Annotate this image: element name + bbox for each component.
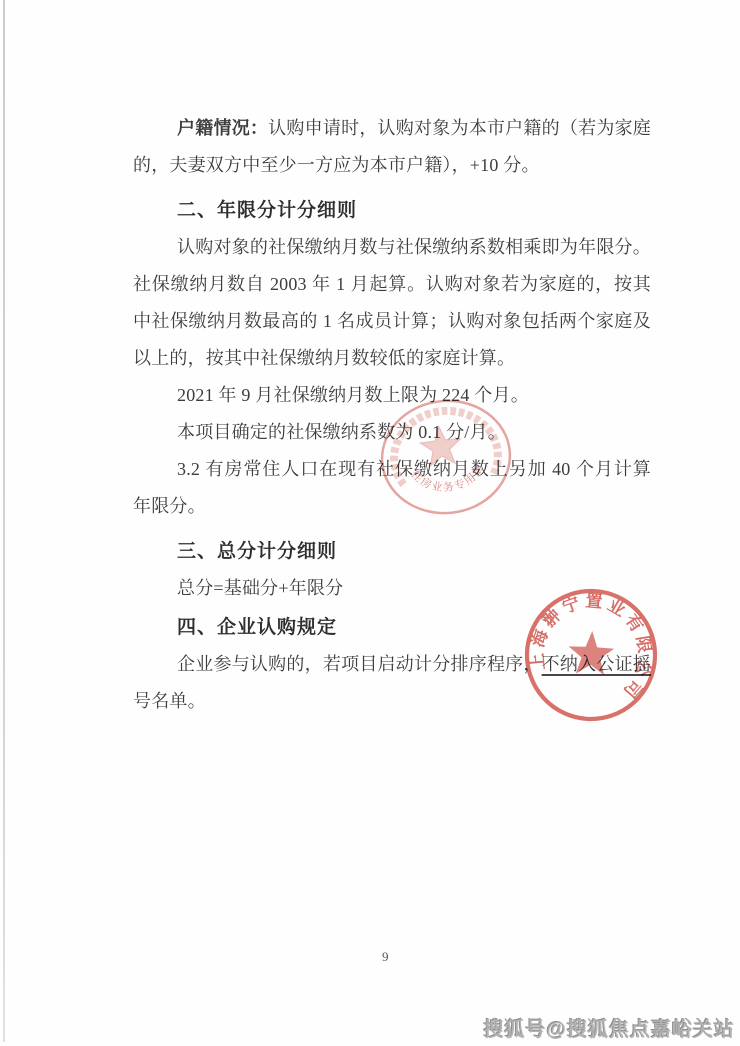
section4-rule-post: 号名单。 [133, 691, 206, 711]
section2-rule-text: 认购对象的社保缴纳月数与社保缴纳系数相乘即为年限分。社保缴纳月数自 2003 年… [133, 229, 651, 377]
sohu-watermark: 搜狐号@搜狐焦点嘉峪关站 [483, 1013, 735, 1042]
page-number: 9 [382, 949, 389, 965]
document-page: { "page": { "number": "9" }, "watermark"… [0, 0, 740, 1046]
company-seal-stamp: 上海翀宁置业有限公司 [516, 580, 666, 730]
government-seal-bottom-text: 住房业务专用章 [408, 460, 490, 498]
section2-heading: 二、年限分计分细则 [133, 192, 651, 229]
government-seal-stamp: 住房业务专用章 [374, 395, 524, 530]
section4-rule-pre: 企业参与认购的，若项目启动计分排序程序， [177, 654, 542, 674]
household-lead-label: 户籍情况： [177, 118, 268, 138]
government-seal-bottom-text-wrap: 住房业务专用章 [408, 460, 490, 498]
page-left-edge-line [3, 0, 5, 1042]
star-icon [419, 424, 463, 466]
paragraph-household: 户籍情况：认购申请时，认购对象为本市户籍的（若为家庭的，夫妻双方中至少一方应为本… [133, 110, 651, 184]
star-icon [567, 630, 615, 676]
section3-heading: 三、总分计分细则 [133, 533, 651, 570]
